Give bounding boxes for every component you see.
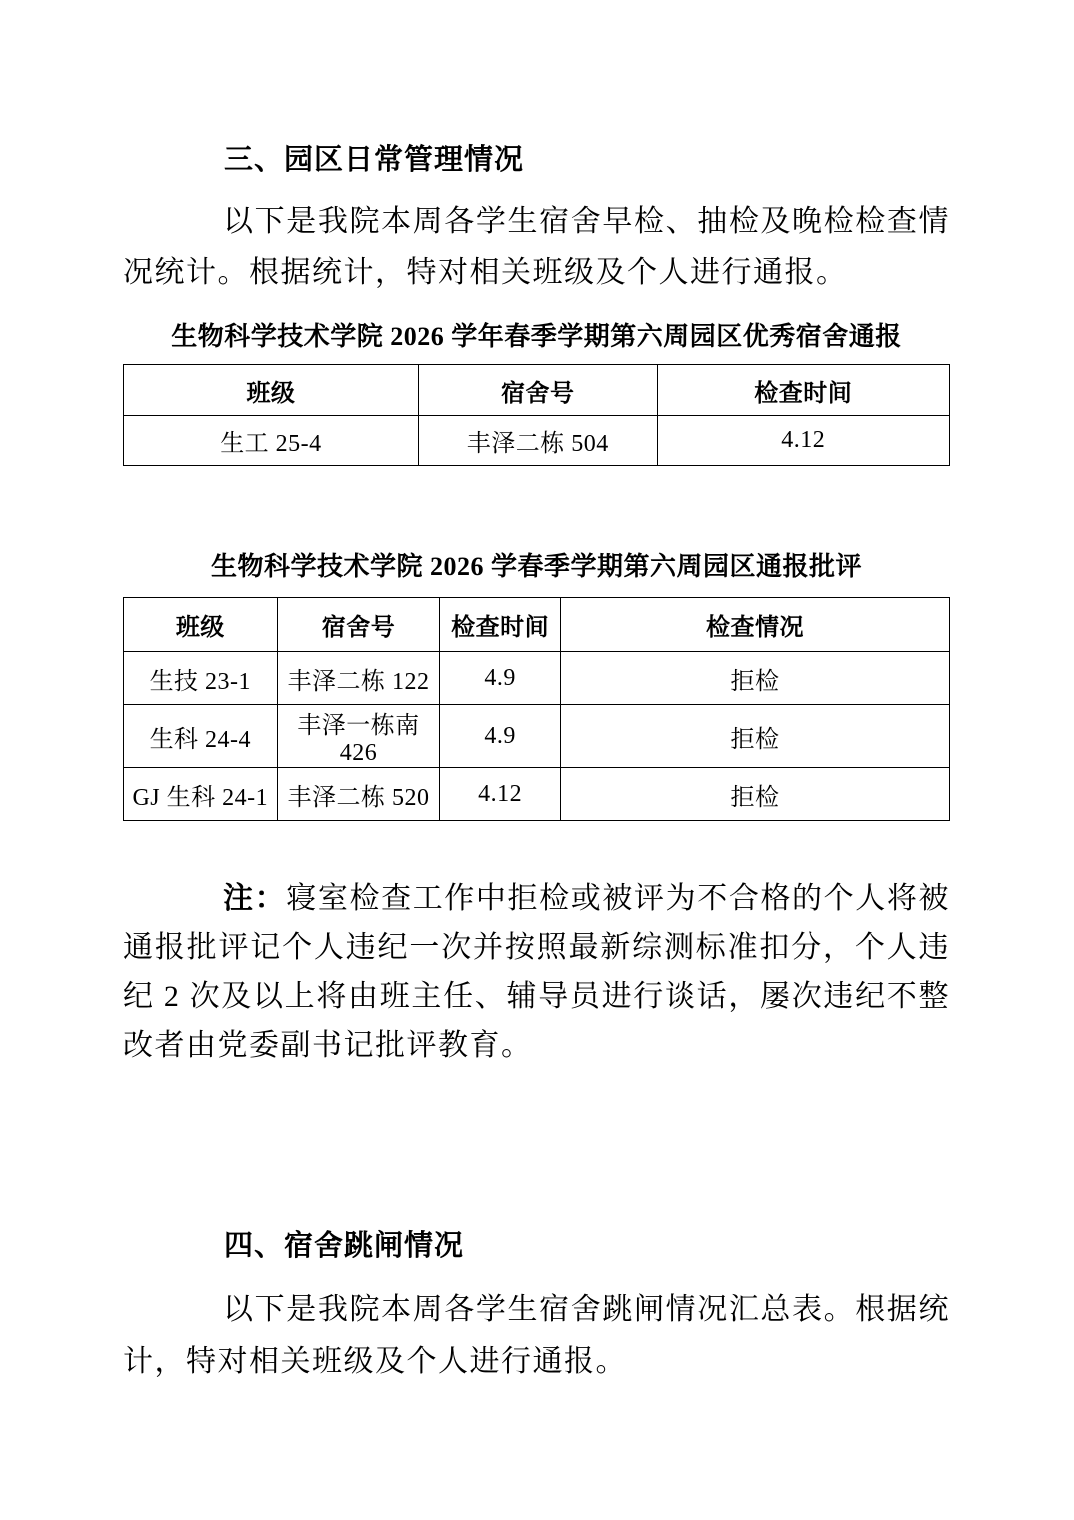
column-header-result: 检查情况 [560, 598, 949, 652]
note-paragraph: 注：寝室检查工作中拒检或被评为不合格的个人将被通报批评记个人违纪一次并按照最新综… [123, 874, 950, 1070]
cell-time: 4.12 [657, 416, 949, 466]
section-3-intro: 以下是我院本周各学生宿舍早检、抽检及晚检检查情况统计。根据统计，特对相关班级及个… [123, 196, 950, 298]
excellent-dorm-table: 班级 宿舍号 检查时间 生工 25-4 丰泽二栋 504 4.12 [123, 364, 950, 466]
criticism-table: 班级 宿舍号 检查时间 检查情况 生技 23-1 丰泽二栋 122 4.9 拒检… [123, 597, 950, 821]
cell-dorm: 丰泽二栋 122 [277, 652, 440, 705]
table-row: 生科 24-4 丰泽一栋南 426 4.9 拒检 [124, 705, 950, 768]
excellent-dorm-table-title: 生物科学技术学院 2026 学年春季学期第六周园区优秀宿舍通报 [123, 320, 950, 353]
cell-class: GJ 生科 24-1 [124, 768, 278, 821]
section-4-heading: 四、宿舍跳闸情况 [123, 1228, 950, 1264]
cell-class: 生技 23-1 [124, 652, 278, 705]
cell-dorm: 丰泽二栋 504 [418, 416, 657, 466]
cell-dorm: 丰泽一栋南 426 [277, 705, 440, 768]
cell-result: 拒检 [560, 705, 949, 768]
cell-time: 4.12 [440, 768, 561, 821]
criticism-table-title: 生物科学技术学院 2026 学春季学期第六周园区通报批评 [123, 550, 950, 583]
cell-result: 拒检 [560, 768, 949, 821]
table-row: 生工 25-4 丰泽二栋 504 4.12 [124, 416, 950, 466]
cell-class: 生科 24-4 [124, 705, 278, 768]
document-page: 三、园区日常管理情况 以下是我院本周各学生宿舍早检、抽检及晚检检查情况统计。根据… [0, 0, 1074, 1520]
column-header-time: 检查时间 [657, 365, 949, 416]
column-header-dorm: 宿舍号 [418, 365, 657, 416]
section-4-intro: 以下是我院本周各学生宿舍跳闸情况汇总表。根据统计，特对相关班级及个人进行通报。 [123, 1284, 950, 1388]
cell-time: 4.9 [440, 705, 561, 768]
table-header-row: 班级 宿舍号 检查时间 [124, 365, 950, 416]
document-content: 三、园区日常管理情况 以下是我院本周各学生宿舍早检、抽检及晚检检查情况统计。根据… [123, 0, 950, 1388]
section-3-heading: 三、园区日常管理情况 [123, 142, 950, 178]
column-header-dorm: 宿舍号 [277, 598, 440, 652]
table-row: GJ 生科 24-1 丰泽二栋 520 4.12 拒检 [124, 768, 950, 821]
table-row: 生技 23-1 丰泽二栋 122 4.9 拒检 [124, 652, 950, 705]
cell-time: 4.9 [440, 652, 561, 705]
note-label: 注： [223, 882, 286, 915]
column-header-class: 班级 [124, 598, 278, 652]
cell-result: 拒检 [560, 652, 949, 705]
table-header-row: 班级 宿舍号 检查时间 检查情况 [124, 598, 950, 652]
column-header-time: 检查时间 [440, 598, 561, 652]
column-header-class: 班级 [124, 365, 419, 416]
cell-class: 生工 25-4 [124, 416, 419, 466]
cell-dorm: 丰泽二栋 520 [277, 768, 440, 821]
